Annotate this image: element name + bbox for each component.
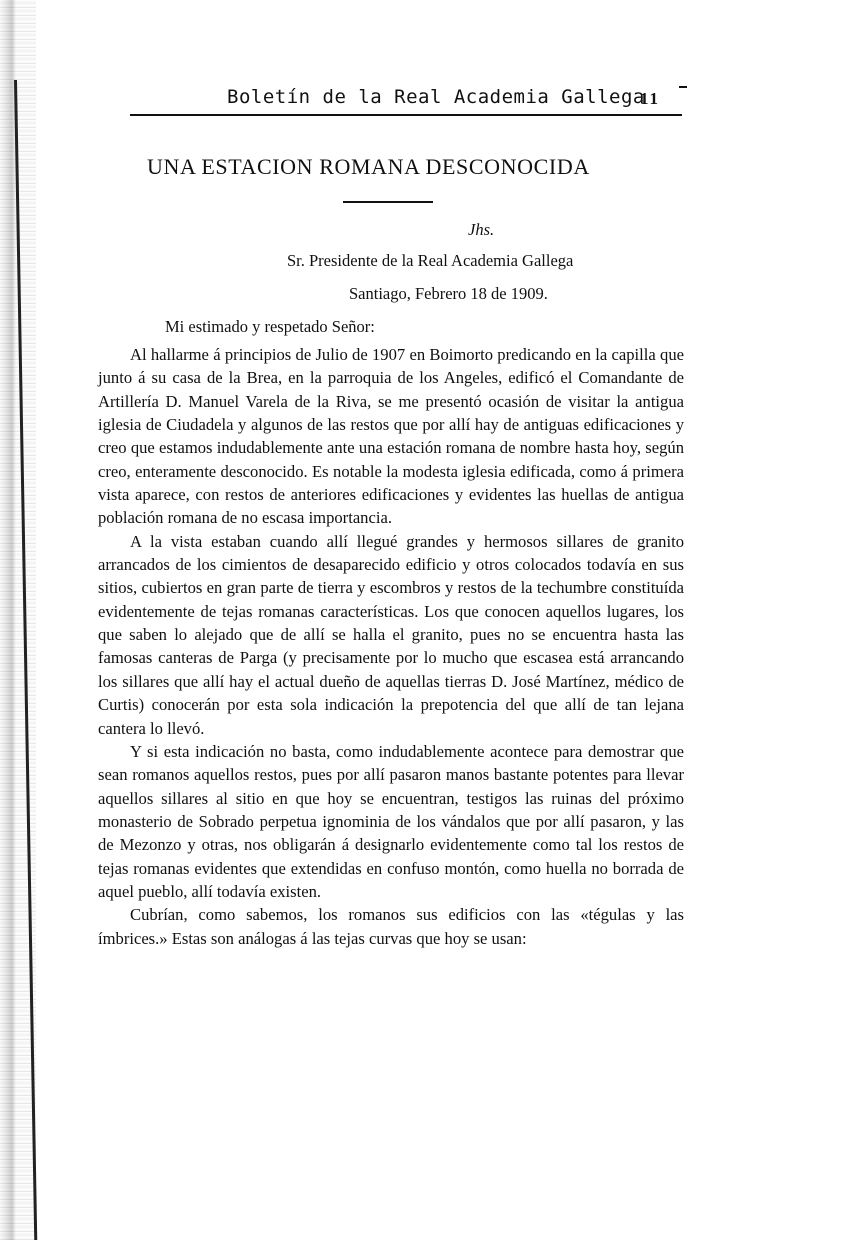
running-header: Boletín de la Real Academia Gallega 11 bbox=[130, 84, 682, 116]
salutation: Mi estimado y respetado Señor: bbox=[165, 317, 375, 337]
place-date: Santiago, Febrero 18 de 1909. bbox=[349, 284, 548, 304]
header-mark bbox=[679, 86, 687, 88]
running-title: Boletín de la Real Academia Gallega bbox=[227, 86, 645, 108]
page-number: 11 bbox=[640, 89, 660, 109]
article-title: UNA ESTACION ROMANA DESCONOCIDA bbox=[147, 154, 647, 180]
title-divider bbox=[343, 201, 433, 203]
paragraph: A la vista estaban cuando allí llegué gr… bbox=[98, 530, 684, 740]
addressee: Sr. Presidente de la Real Academia Galle… bbox=[287, 251, 573, 271]
paragraph: Al hallarme á principios de Julio de 190… bbox=[98, 343, 684, 530]
invocation: Jhs. bbox=[468, 220, 494, 240]
paragraph: Cubrían, como sabemos, los romanos sus e… bbox=[98, 903, 684, 950]
paragraph: Y si esta indicación no basta, como indu… bbox=[98, 740, 684, 903]
article-body: Al hallarme á principios de Julio de 190… bbox=[98, 343, 684, 950]
